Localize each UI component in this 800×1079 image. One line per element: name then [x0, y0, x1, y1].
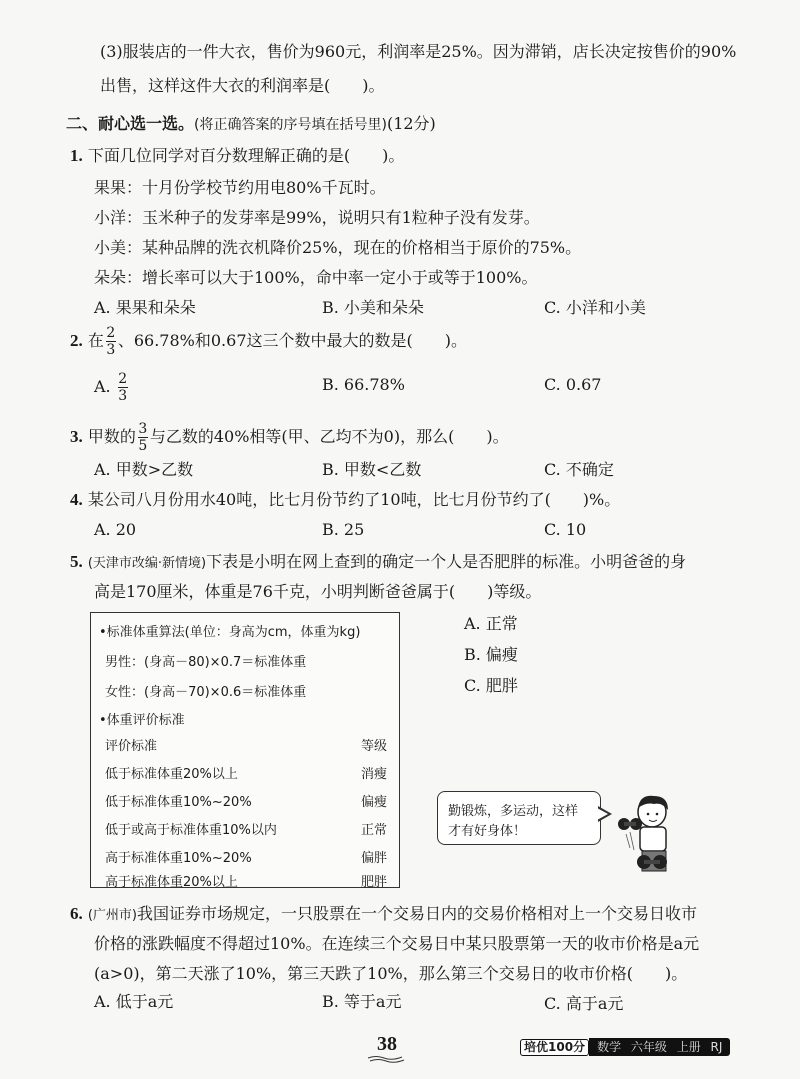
q2-stem-post: 、66.78%和0.67这三个数中最大的数是( )。: [118, 331, 467, 350]
q2-stem: 2. 在23、66.78%和0.67这三个数中最大的数是( )。: [70, 326, 467, 357]
q6-number: 6.: [70, 904, 83, 923]
q3-option-c[interactable]: C. 不确定: [544, 460, 614, 480]
table-row-criteria: 低于或高于标准体重10%以内: [105, 819, 277, 838]
q6-stem-line2: 价格的涨跌幅度不得超过10%。在连续三个交易日中某只股票第一天的收市价格是a元: [94, 934, 699, 954]
q4-number: 4.: [70, 490, 83, 509]
table-row-criteria: 低于标准体重10%~20%: [105, 791, 252, 810]
q5-source: (天津市改编·新情境): [88, 556, 206, 571]
table-row-grade: 正常: [361, 819, 387, 838]
q6-option-c[interactable]: C. 高于a元: [544, 994, 623, 1014]
q1-statement: 小美：某种品牌的洗衣机降价25%，现在的价格相当于原价的75%。: [94, 238, 581, 258]
q1-number: 1.: [70, 146, 83, 165]
q3-stem: 3. 甲数的35与乙数的40%相等(甲、乙均不为0)，那么( )。: [70, 422, 509, 453]
q4-stem-text: 某公司八月份用水40吨，比七月份节约了10吨，比七月份节约了( )%。: [88, 490, 620, 509]
table-row-criteria: 低于标准体重20%以上: [105, 763, 238, 782]
q1-option-c[interactable]: C. 小洋和小美: [544, 298, 646, 318]
q6-stem-line3: (a>0)，第二天涨了10%，第三天跌了10%，那么第三个交易日的收市价格( )…: [94, 964, 687, 984]
fraction-denominator: 5: [138, 439, 147, 453]
table-row-grade: 肥胖: [361, 871, 387, 890]
q1-statement: 朵朵：增长率可以大于100%，命中率一定小于或等于100%。: [94, 268, 538, 288]
q2-stem-pre: 在: [88, 331, 104, 350]
table-row-grade: 偏胖: [361, 847, 387, 866]
section-title: 二、耐心选一选。(将正确答案的序号填在括号里)(12分): [66, 114, 436, 135]
q2-option-a-label: A.: [94, 377, 111, 396]
table-row-criteria: 高于标准体重10%~20%: [105, 847, 252, 866]
section-title-text: 二、耐心选一选。: [66, 114, 194, 133]
q5-stem-line2: 高是170厘米，体重是76千克，小明判断爸爸属于( )等级。: [94, 582, 541, 602]
q3-fraction: 35: [138, 422, 148, 453]
table-col-header-criteria: 评价标准: [105, 735, 157, 754]
q5-option-c[interactable]: C. 肥胖: [464, 676, 518, 696]
q3-option-b[interactable]: B. 甲数<乙数: [322, 460, 421, 480]
q3-part-line2: 出售，这样这件大衣的利润率是( )。: [100, 76, 385, 96]
fraction-numerator: 3: [138, 422, 147, 436]
q6-option-b[interactable]: B. 等于a元: [322, 992, 401, 1012]
table-col-header-grade: 等级: [361, 735, 387, 754]
q4-option-c[interactable]: C. 10: [544, 520, 586, 540]
q6-stem-text1: 我国证券市场规定，一只股票在一个交易日内的交易价格相对上一个交易日收市: [137, 904, 697, 923]
q1-stem: 1. 下面几位同学对百分数理解正确的是( )。: [70, 146, 404, 166]
q5-number: 5.: [70, 552, 83, 571]
bubble-line2: 才有好身体！: [448, 820, 526, 839]
q6-source: (广州市): [88, 908, 137, 923]
q3-number: 3.: [70, 427, 83, 446]
q2-number: 2.: [70, 331, 83, 350]
q1-stem-text: 下面几位同学对百分数理解正确的是( )。: [88, 146, 405, 165]
q3-stem-post: 与乙数的40%相等(甲、乙均不为0)，那么( )。: [150, 427, 509, 446]
subject-info: 数学 六年级 上册 RJ: [589, 1038, 730, 1056]
q3-option-a[interactable]: A. 甲数>乙数: [94, 460, 193, 480]
q2-option-a-fraction: 23: [118, 372, 128, 403]
boy-dumbbell-icon: [610, 790, 690, 880]
q6-option-a[interactable]: A. 低于a元: [94, 992, 173, 1012]
q1-option-a[interactable]: A. 果果和朵朵: [94, 298, 196, 318]
q6-stem-line1: 6. (广州市)我国证券市场规定，一只股票在一个交易日内的交易价格相对上一个交易…: [70, 904, 697, 926]
section-instruction: (将正确答案的序号填在括号里): [194, 117, 387, 133]
speech-bubble: 勤锻炼，多运动，这样 才有好身体！: [437, 791, 601, 845]
q2-option-b[interactable]: B. 66.78%: [322, 375, 405, 395]
table-row-grade: 消瘦: [361, 763, 387, 782]
q3-part-line1: (3)服装店的一件大衣，售价为960元，利润率是25%。因为滞销，店长决定按售价…: [100, 42, 736, 62]
fraction-denominator: 3: [118, 389, 127, 403]
weight-standard-table: •标准体重算法(单位：身高为cm，体重为kg) 男性：(身高－80)×0.7＝标…: [90, 612, 400, 888]
section-score: (12分): [387, 114, 436, 133]
q4-option-a[interactable]: A. 20: [94, 520, 136, 540]
page-number: 38: [377, 1033, 397, 1056]
q5-stem-text1: 下表是小明在网上查到的确定一个人是否肥胖的标准。小明爸爸的身: [206, 552, 686, 571]
table-row-criteria: 高于标准体重20%以上: [105, 871, 238, 890]
q1-statement: 小洋：玉米种子的发芽率是99%，说明只有1粒种子没有发芽。: [94, 208, 540, 228]
fraction-numerator: 2: [106, 326, 115, 340]
bubble-line1: 勤锻炼，多运动，这样: [448, 800, 578, 819]
wave-decoration-icon: [366, 1055, 406, 1063]
q5-option-a[interactable]: A. 正常: [464, 614, 518, 634]
q5-stem-line1: 5. (天津市改编·新情境)下表是小明在网上查到的确定一个人是否肥胖的标准。小明…: [70, 552, 686, 574]
table-heading-criteria: •体重评价标准: [99, 709, 185, 728]
q2-option-a[interactable]: A. 23: [94, 372, 130, 403]
fraction-numerator: 2: [118, 372, 127, 386]
q4-option-b[interactable]: B. 25: [322, 520, 364, 540]
brand-label: 培优100分: [520, 1039, 589, 1056]
q4-stem: 4. 某公司八月份用水40吨，比七月份节约了10吨，比七月份节约了( )%。: [70, 490, 620, 510]
table-heading-formula: •标准体重算法(单位：身高为cm，体重为kg): [99, 621, 360, 640]
footer-book-badge: 培优100分 数学 六年级 上册 RJ: [520, 1038, 730, 1056]
table-female-formula: 女性：(身高－70)×0.6＝标准体重: [105, 681, 306, 700]
q5-option-b[interactable]: B. 偏瘦: [464, 645, 518, 665]
table-row-grade: 偏瘦: [361, 791, 387, 810]
q1-statement: 果果：十月份学校节约用电80%千瓦时。: [94, 178, 386, 198]
q2-option-c[interactable]: C. 0.67: [544, 375, 601, 395]
table-male-formula: 男性：(身高－80)×0.7＝标准体重: [105, 651, 306, 670]
fraction-denominator: 3: [106, 343, 115, 357]
q3-stem-pre: 甲数的: [88, 427, 136, 446]
q2-fraction: 23: [106, 326, 116, 357]
q1-option-b[interactable]: B. 小美和朵朵: [322, 298, 424, 318]
